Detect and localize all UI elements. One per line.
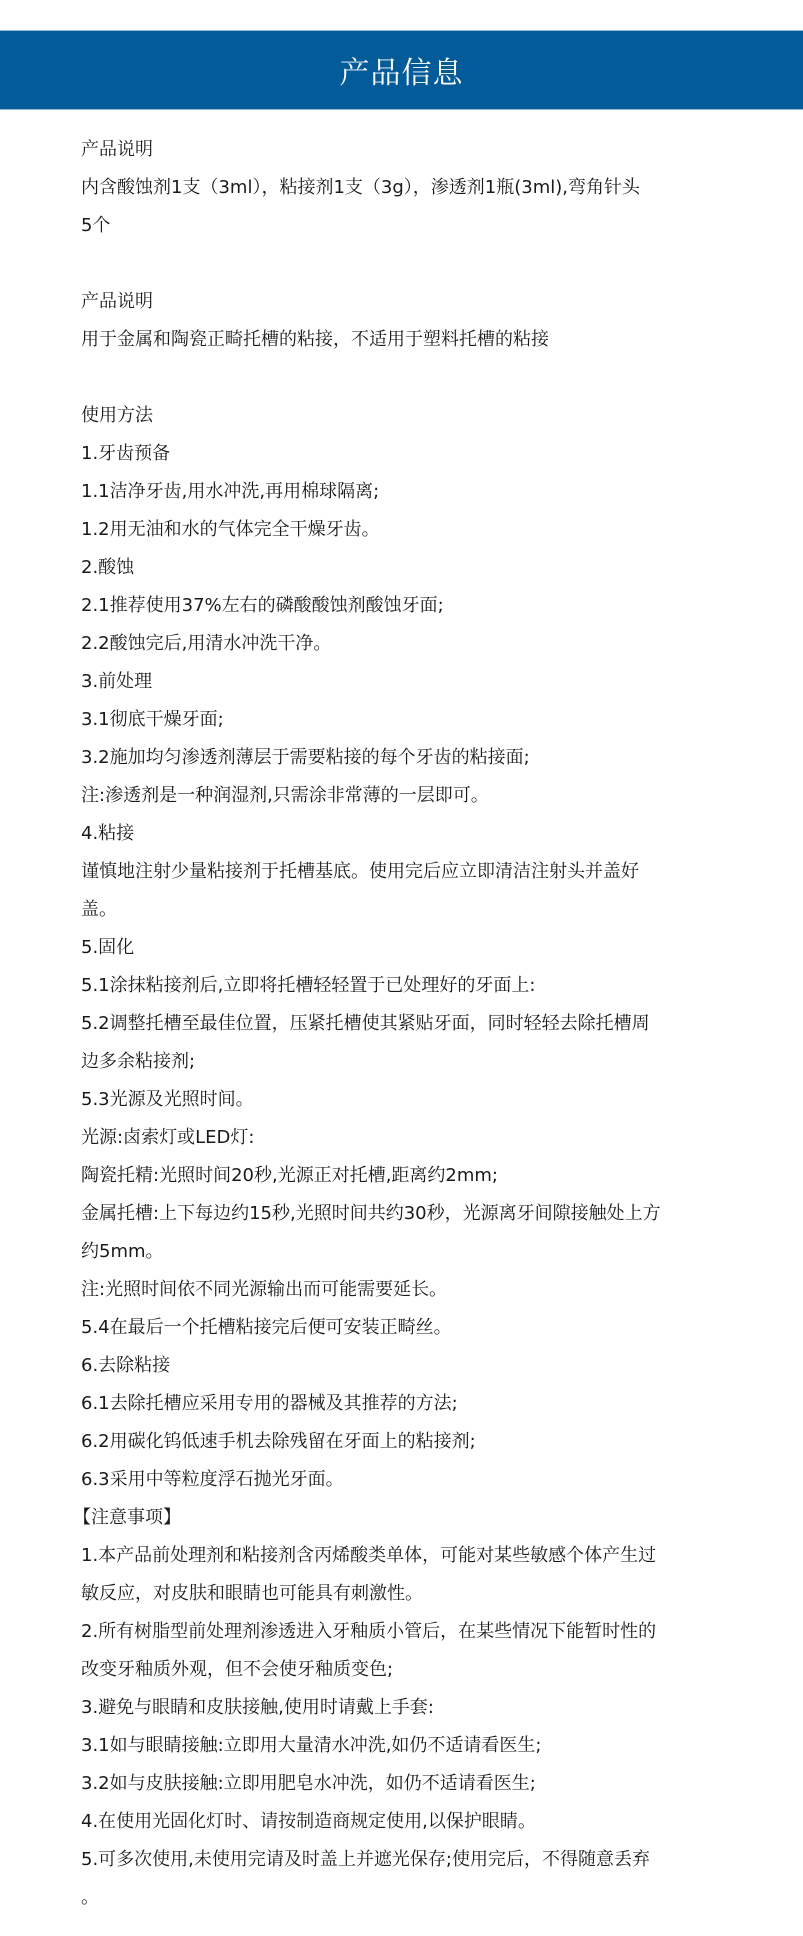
text-line: 5.2调整托槽至最佳位置，压紧托槽使其紧贴牙面，同时轻轻去除托槽周 [81,1005,731,1043]
text-line: 光源:卤索灯或LED灯: [81,1119,731,1157]
text-line: 5个 [81,207,731,245]
text-line: 3.2如与皮肤接触:立即用肥皂水冲洗，如仍不适请看医生; [81,1765,731,1803]
text-line: 用于金属和陶瓷正畸托槽的粘接，不适用于塑料托槽的粘接 [81,321,731,359]
text-line: 5.1涂抹粘接剂后,立即将托槽轻轻置于已处理好的牙面上: [81,967,731,1005]
text-line: 陶瓷托精:光照时间20秒,光源正对托槽,距离约2mm; [81,1157,731,1195]
section-heading: 产品说明 [81,283,731,321]
text-line: 内含酸蚀剂1支（3ml），粘接剂1支（3g），渗透剂1瓶(3ml),弯角针头 [81,169,731,207]
text-line: 盖。 [81,891,731,929]
text-line: 6.去除粘接 [81,1347,731,1385]
text-line: 1.1洁净牙齿,用水冲洗,再用棉球隔离; [81,473,731,511]
text-line: 4.在使用光固化灯时、请按制造商规定使用,以保护眼睛。 [81,1803,731,1841]
text-line: 6.2用碳化钨低速手机去除残留在牙面上的粘接剂; [81,1423,731,1461]
spacer [81,359,731,397]
text-line: 1.本产品前处理剂和粘接剂含丙烯酸类单体，可能对某些敏感个体产生过 [81,1537,731,1575]
text-line: 6.1去除托槽应采用专用的器械及其推荐的方法; [81,1385,731,1423]
section-heading: 产品说明 [81,131,731,169]
section-heading: 【注意事项】 [73,1499,731,1537]
text-line: 2.酸蚀 [81,549,731,587]
text-line: 金属托槽:上下每边约15秒,光照时间共约30秒，光源离牙间隙接触处上方 [81,1195,731,1233]
text-line: 注:渗透剂是一种润湿剂,只需涂非常薄的一层即可。 [81,777,731,815]
text-line: 2.所有树脂型前处理剂渗透进入牙釉质小管后，在某些情况下能暂时性的 [81,1613,731,1651]
spacer [81,245,731,283]
product-info-content: 产品说明 内含酸蚀剂1支（3ml），粘接剂1支（3g），渗透剂1瓶(3ml),弯… [81,131,731,1917]
text-line: 改变牙釉质外观，但不会使牙釉质变色; [81,1651,731,1689]
text-line: 3.前处理 [81,663,731,701]
text-line: 注:光照时间依不同光源输出而可能需要延长。 [81,1271,731,1309]
section-heading: 使用方法 [81,397,731,435]
text-line: 3.1如与眼睛接触:立即用大量清水冲洗,如仍不适请看医生; [81,1727,731,1765]
text-line: 谨慎地注射少量粘接剂于托槽基底。使用完后应立即清洁注射头并盖好 [81,853,731,891]
text-line: 边多余粘接剂; [81,1043,731,1081]
page-title: 产品信息 [340,48,464,92]
text-line: 3.避免与眼睛和皮肤接触,使用时请戴上手套: [81,1689,731,1727]
text-line: 6.3采用中等粒度浮石抛光牙面。 [81,1461,731,1499]
text-line: 2.2酸蚀完后,用清水冲洗干净。 [81,625,731,663]
text-line: 3.1彻底干燥牙面; [81,701,731,739]
text-line: 5.可多次使用,未使用完请及时盖上并遮光保存;使用完后，不得随意丢弃 [81,1841,731,1879]
text-line: 3.2施加均匀渗透剂薄层于需要粘接的每个牙齿的粘接面; [81,739,731,777]
text-line: 1.牙齿预备 [81,435,731,473]
text-line: 4.粘接 [81,815,731,853]
text-line: 5.3光源及光照时间。 [81,1081,731,1119]
text-line: 5.固化 [81,929,731,967]
text-line: 2.1推荐使用37%左右的磷酸酸蚀剂酸蚀牙面; [81,587,731,625]
text-line: 1.2用无油和水的气体完全干燥牙齿。 [81,511,731,549]
page-header-banner: 产品信息 [0,30,803,110]
text-line: 。 [81,1879,731,1917]
text-line: 约5mm。 [81,1233,731,1271]
text-line: 敏反应，对皮肤和眼睛也可能具有刺激性。 [81,1575,731,1613]
text-line: 5.4在最后一个托槽粘接完后便可安装正畸丝。 [81,1309,731,1347]
